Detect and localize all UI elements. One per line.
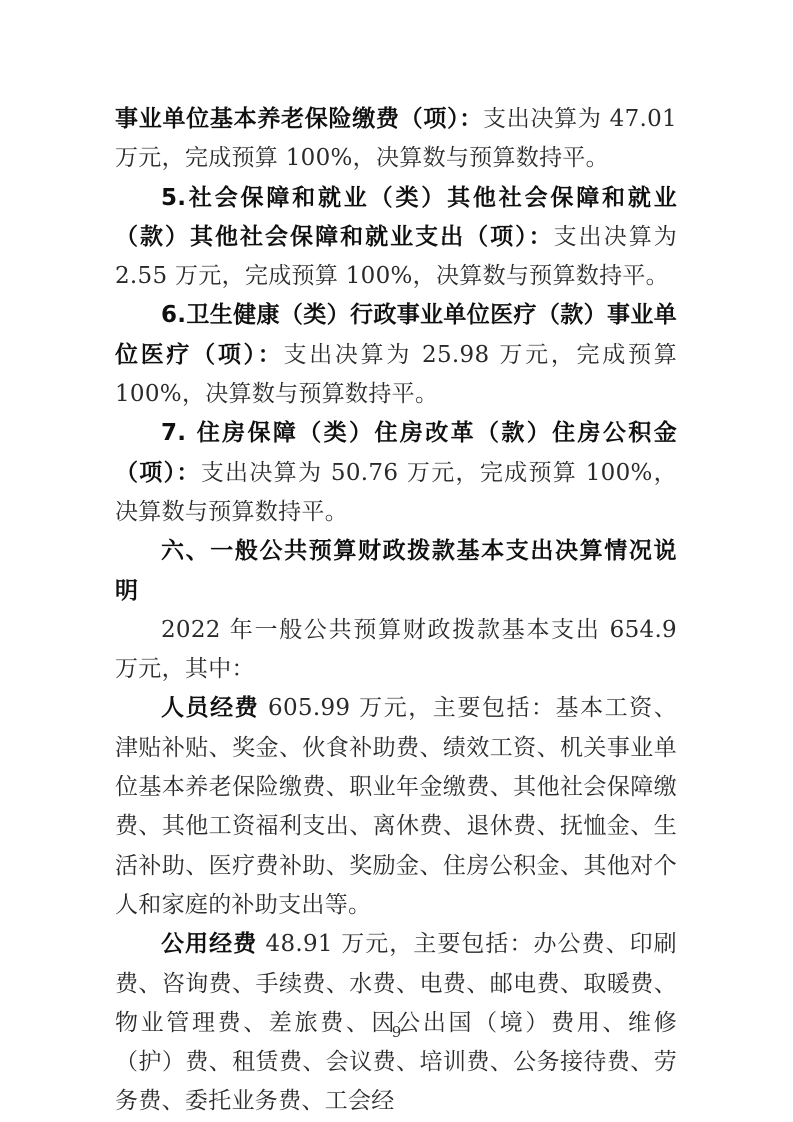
paragraph-body-text: 605.99 万元，主要包括：基本工资、津贴补贴、奖金、伙食补助费、绩效工资、机… [115, 695, 677, 917]
paragraph-item4-pension-continuation: 事业单位基本养老保险缴费（项）：支出决算为 47.01 万元，完成预算 100%… [115, 100, 677, 179]
paragraph-lead-bold: 人员经费 [161, 695, 259, 721]
paragraph-item7-housing-fund: 7. 住房保障（类）住房改革（款）住房公积金（项）：支出决算为 50.76 万元… [115, 414, 677, 532]
section-heading-text: 六、一般公共预算财政拨款基本支出决算情况说明 [115, 538, 677, 603]
paragraph-personnel-expense: 人员经费 605.99 万元，主要包括：基本工资、津贴补贴、奖金、伙食补助费、绩… [115, 689, 677, 925]
paragraph-overview-2022-basic-expenditure: 2022 年一般公共预算财政拨款基本支出 654.9 万元，其中： [115, 611, 677, 690]
paragraph-item5-social-security: 5.社会保障和就业（类）其他社会保障和就业（款）其他社会保障和就业支出（项）：支… [115, 179, 677, 297]
page-number: 9 [392, 1023, 402, 1041]
document-page: 事业单位基本养老保险缴费（项）：支出决算为 47.01 万元，完成预算 100%… [0, 0, 793, 1122]
paragraph-lead-bold: 公用经费 [161, 931, 257, 957]
paragraph-body-text: 2022 年一般公共预算财政拨款基本支出 654.9 万元，其中： [115, 617, 677, 682]
section-heading-six: 六、一般公共预算财政拨款基本支出决算情况说明 [115, 532, 677, 611]
paragraph-lead-bold: 事业单位基本养老保险缴费（项）： [115, 106, 483, 132]
paragraph-item6-health: 6.卫生健康（类）行政事业单位医疗（款）事业单位医疗（项）：支出决算为 25.9… [115, 296, 677, 414]
page-footer: 9 [0, 1022, 793, 1041]
document-body: 事业单位基本养老保险缴费（项）：支出决算为 47.01 万元，完成预算 100%… [115, 100, 677, 1122]
